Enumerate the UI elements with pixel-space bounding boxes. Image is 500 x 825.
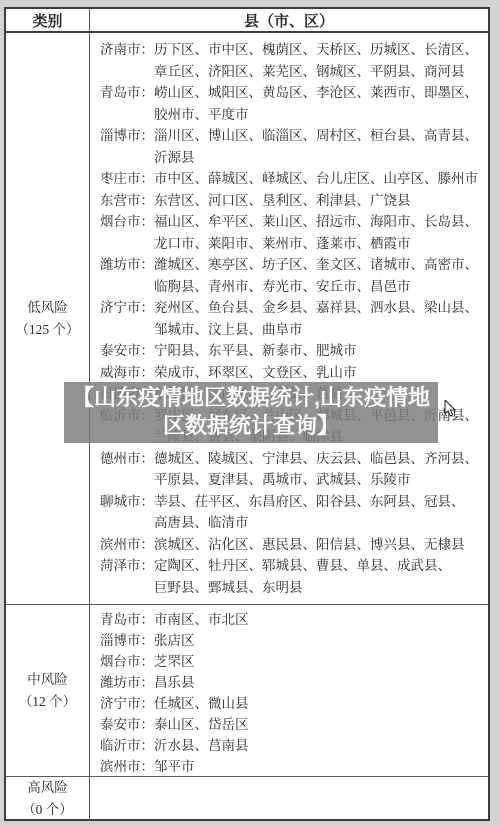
medium-risk-county-list: 青岛市：市南区、市北区 淄博市：张店区 烟台市：芝罘区 潍坊市：昌乐县 济宁市：… (90, 605, 488, 776)
section-high-risk: 高风险 （0 个） (6, 776, 488, 821)
city-name: 潍坊市： (100, 257, 154, 272)
low-risk-label: 低风险 （125 个） (6, 33, 90, 604)
city-row: 东营市：东营区、河口区、垦利区、利津县、广饶县 (100, 190, 481, 212)
risk-count-text: （12 个） (19, 691, 76, 713)
city-row: 泰安市：泰山区、岱岳区 (100, 714, 481, 735)
district-list: 东营区、河口区、垦利区、利津县、广饶县 (154, 193, 411, 208)
district-list: 福山区、牟平区、莱山区、招远市、海阳市、长岛县、龙口市、莱阳市、莱州市、蓬莱市、… (154, 214, 478, 251)
city-row: 滨州市：滨城区、沾化区、惠民县、阳信县、博兴县、无棣县 (100, 534, 481, 556)
district-list: 泰山区、岱岳区 (154, 717, 249, 732)
risk-count-text: （0 个） (22, 799, 73, 821)
city-name: 泰安市： (100, 343, 154, 358)
city-row: 烟台市：芝罘区 (100, 651, 481, 672)
district-list: 滨城区、沾化区、惠民县、阳信县、博兴县、无棣县 (154, 537, 465, 552)
risk-level-text: 中风险 (27, 669, 68, 691)
page: 类别 县（市、区） 低风险 （125 个） 济南市：历下区、市中区、槐荫区、天桥… (0, 0, 500, 825)
city-row: 淄博市：张店区 (100, 630, 481, 651)
city-name: 济南市： (100, 42, 154, 57)
risk-level-text: 低风险 (27, 297, 68, 319)
district-list: 昌乐县 (154, 675, 195, 690)
city-row: 潍坊市：昌乐县 (100, 672, 481, 693)
district-list: 宁阳县、东平县、新泰市、肥城市 (154, 343, 357, 358)
city-row: 泰安市：宁阳县、东平县、新泰市、肥城市 (100, 340, 481, 362)
city-row: 青岛市：崂山区、城阳区、黄岛区、李沧区、莱西市、即墨区、胶州市、平度市 (100, 82, 481, 125)
table-header-row: 类别 县（市、区） (6, 9, 488, 33)
city-row: 威海市：荣成市、环翠区、文登区、乳山市 (100, 362, 481, 384)
city-name: 枣庄市： (100, 171, 154, 186)
city-row: 淄博市：淄川区、博山区、临淄区、周村区、桓台县、高青县、沂源县 (100, 125, 481, 168)
city-name: 淄博市： (100, 128, 154, 143)
city-name: 青岛市： (100, 85, 154, 100)
district-list: 兖州区、鱼台县、金乡县、嘉祥县、泗水县、梁山县、邹城市、汶上县、曲阜市 (154, 300, 478, 337)
district-list: 崂山区、城阳区、黄岛区、李沧区、莱西市、即墨区、胶州市、平度市 (154, 85, 478, 122)
risk-count-text: （125 个） (15, 319, 79, 341)
city-row: 潍坊市：潍城区、寒亭区、坊子区、奎文区、诸城市、高密市、临朐县、青州市、寿光市、… (100, 254, 481, 297)
district-list: 潍城区、寒亭区、坊子区、奎文区、诸城市、高密市、临朐县、青州市、寿光市、安丘市、… (154, 257, 478, 294)
district-list: 沂水县、莒南县 (154, 738, 249, 753)
city-name: 东营市： (100, 193, 154, 208)
risk-level-text: 高风险 (27, 777, 68, 799)
city-row: 德州市：德城区、陵城区、宁津县、庆云县、临邑县、齐河县、平原县、夏津县、禹城市、… (100, 448, 481, 491)
city-name: 滨州市： (100, 537, 154, 552)
city-row: 济南市：历下区、市中区、槐荫区、天桥区、历城区、长清区、章丘区、济阳区、莱芜区、… (100, 39, 481, 82)
city-name: 滨州市： (100, 759, 154, 774)
district-list: 荣成市、环翠区、文登区、乳山市 (154, 365, 357, 380)
city-name: 潍坊市： (100, 675, 154, 690)
district-list: 任城区、微山县 (154, 696, 249, 711)
city-name: 济宁市： (100, 300, 154, 315)
watermark-overlay: 【山东疫情地区数据统计,山东疫情地区数据统计查询】 (64, 382, 438, 443)
city-row: 烟台市：福山区、牟平区、莱山区、招远市、海阳市、长岛县、龙口市、莱阳市、莱州市、… (100, 211, 481, 254)
city-row: 济宁市：任城区、微山县 (100, 693, 481, 714)
city-name: 淄博市： (100, 633, 154, 648)
district-list: 莘县、茌平区、东昌府区、阳谷县、东阿县、冠县、高唐县、临清市 (154, 494, 465, 531)
city-name: 烟台市： (100, 214, 154, 229)
district-list: 市南区、市北区 (154, 612, 249, 627)
city-row: 枣庄市：市中区、薛城区、峄城区、台儿庄区、山亭区、滕州市 (100, 168, 481, 190)
city-name: 菏泽市： (100, 558, 154, 573)
city-row: 滨州市：邹平市 (100, 756, 481, 776)
district-list: 淄川区、博山区、临淄区、周村区、桓台县、高青县、沂源县 (154, 128, 478, 165)
city-name: 青岛市： (100, 612, 154, 627)
city-name: 烟台市： (100, 654, 154, 669)
district-list: 邹平市 (154, 759, 195, 774)
city-row: 济宁市：兖州区、鱼台县、金乡县、嘉祥县、泗水县、梁山县、邹城市、汶上县、曲阜市 (100, 297, 481, 340)
city-row: 聊城市：莘县、茌平区、东昌府区、阳谷县、东阿县、冠县、高唐县、临清市 (100, 491, 481, 534)
city-row: 临沂市：沂水县、莒南县 (100, 735, 481, 756)
district-list: 芝罘区 (154, 654, 195, 669)
section-low-risk: 低风险 （125 个） 济南市：历下区、市中区、槐荫区、天桥区、历城区、长清区、… (6, 33, 488, 604)
city-name: 临沂市： (100, 738, 154, 753)
city-name: 德州市： (100, 451, 154, 466)
district-list: 定陶区、牡丹区、郓城县、曹县、单县、成武县、巨野县、鄄城县、东明县 (154, 558, 451, 595)
low-risk-county-list: 济南市：历下区、市中区、槐荫区、天桥区、历城区、长清区、章丘区、济阳区、莱芜区、… (90, 33, 488, 604)
city-name: 泰安市： (100, 717, 154, 732)
district-list: 市中区、薛城区、峄城区、台儿庄区、山亭区、滕州市 (154, 171, 478, 186)
header-county: 县（市、区） (90, 9, 488, 31)
district-list: 张店区 (154, 633, 195, 648)
medium-risk-label: 中风险 （12 个） (6, 605, 90, 776)
city-row: 青岛市：市南区、市北区 (100, 609, 481, 630)
mouse-cursor-icon (444, 400, 456, 418)
header-category: 类别 (6, 9, 90, 31)
district-list: 德城区、陵城区、宁津县、庆云县、临邑县、齐河县、平原县、夏津县、禹城市、武城县、… (154, 451, 478, 488)
high-risk-county-list (90, 777, 488, 821)
high-risk-label: 高风险 （0 个） (6, 777, 90, 821)
city-row: 菏泽市：定陶区、牡丹区、郓城县、曹县、单县、成武县、巨野县、鄄城县、东明县 (100, 555, 481, 598)
city-name: 聊城市： (100, 494, 154, 509)
city-name: 威海市： (100, 365, 154, 380)
district-list: 历下区、市中区、槐荫区、天桥区、历城区、长清区、章丘区、济阳区、莱芜区、钢城区、… (154, 42, 478, 79)
section-medium-risk: 中风险 （12 个） 青岛市：市南区、市北区 淄博市：张店区 烟台市：芝罘区 潍… (6, 604, 488, 776)
city-name: 济宁市： (100, 696, 154, 711)
